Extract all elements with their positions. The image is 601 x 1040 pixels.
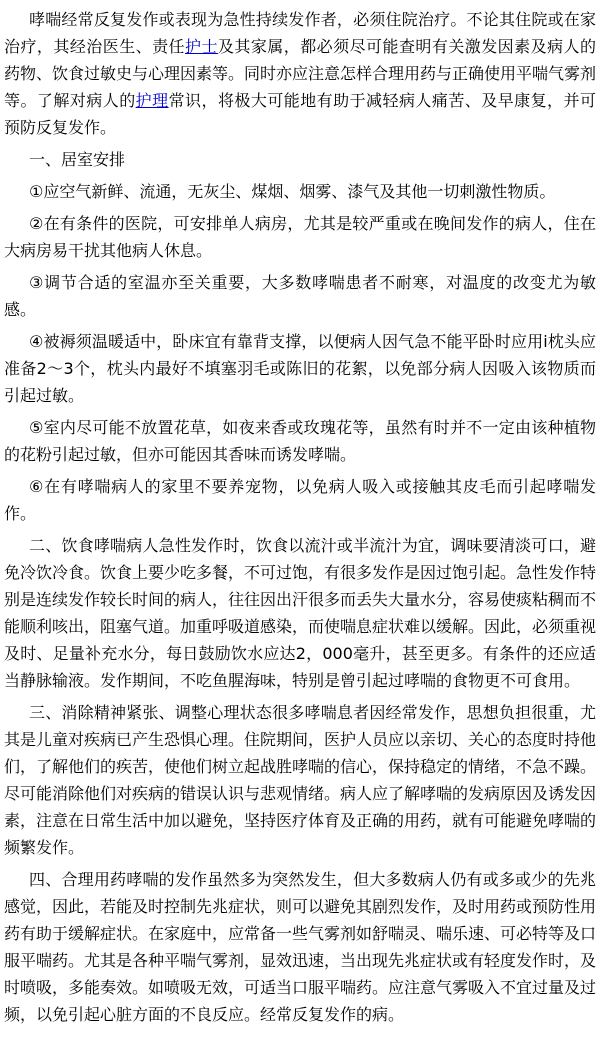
nursing-link[interactable]: 护理	[136, 91, 169, 110]
section-paragraph-psychology: 三、消除精神紧张、调整心理状态很多哮喘息者因经常发作，思想负担很重，尤其是儿童对…	[4, 699, 596, 861]
room-item-1-fresh-air: ①应空气新鲜、流通，无灰尘、煤烟、烟雾、漆气及其他一切刺激性物质。	[4, 178, 596, 205]
room-item-6-no-pets: ⑥在有哮喘病人的家里不要养宠物，以免病人吸入或接触其皮毛而引起哮喘发作。	[4, 473, 596, 527]
section-heading-room-arrangement: 一、居室安排	[4, 146, 596, 173]
room-item-2-single-ward: ②在有条件的医院，可安排单人病房，尤其是较严重或在晚间发作的病人，住在大病房易干…	[4, 210, 596, 264]
room-item-3-temperature: ③调节合适的室温亦至关重要，大多数哮喘患者不耐寒，对温度的改变尤为敏感。	[4, 269, 596, 323]
article-body: 哮喘经常反复发作或表现为急性持续发作者，必须住院治疗。不论其住院或在家治疗，其经…	[0, 0, 601, 1040]
nurse-link[interactable]: 护士	[185, 37, 218, 56]
intro-paragraph: 哮喘经常反复发作或表现为急性持续发作者，必须住院治疗。不论其住院或在家治疗，其经…	[4, 6, 596, 141]
room-item-5-no-flowers: ⑤室内尽可能不放置花草，如夜来香或玫瑰花等，虽然有时并不一定由该种植物的花粉引起…	[4, 414, 596, 468]
section-paragraph-diet: 二、饮食哮喘病人急性发作时，饮食以流汁或半流汁为宜，调味要清淡可口，避免冷饮冷食…	[4, 532, 596, 694]
section-paragraph-medication: 四、合理用药哮喘的发作虽然多为突然发生，但大多数病人仍有或多或少的先兆感觉，因此…	[4, 866, 596, 1028]
room-item-4-bedding-pillows: ④被褥须温暖适中，卧床宜有靠背支撑，以便病人因气急不能平卧时应用i枕头应准备2～…	[4, 328, 596, 409]
